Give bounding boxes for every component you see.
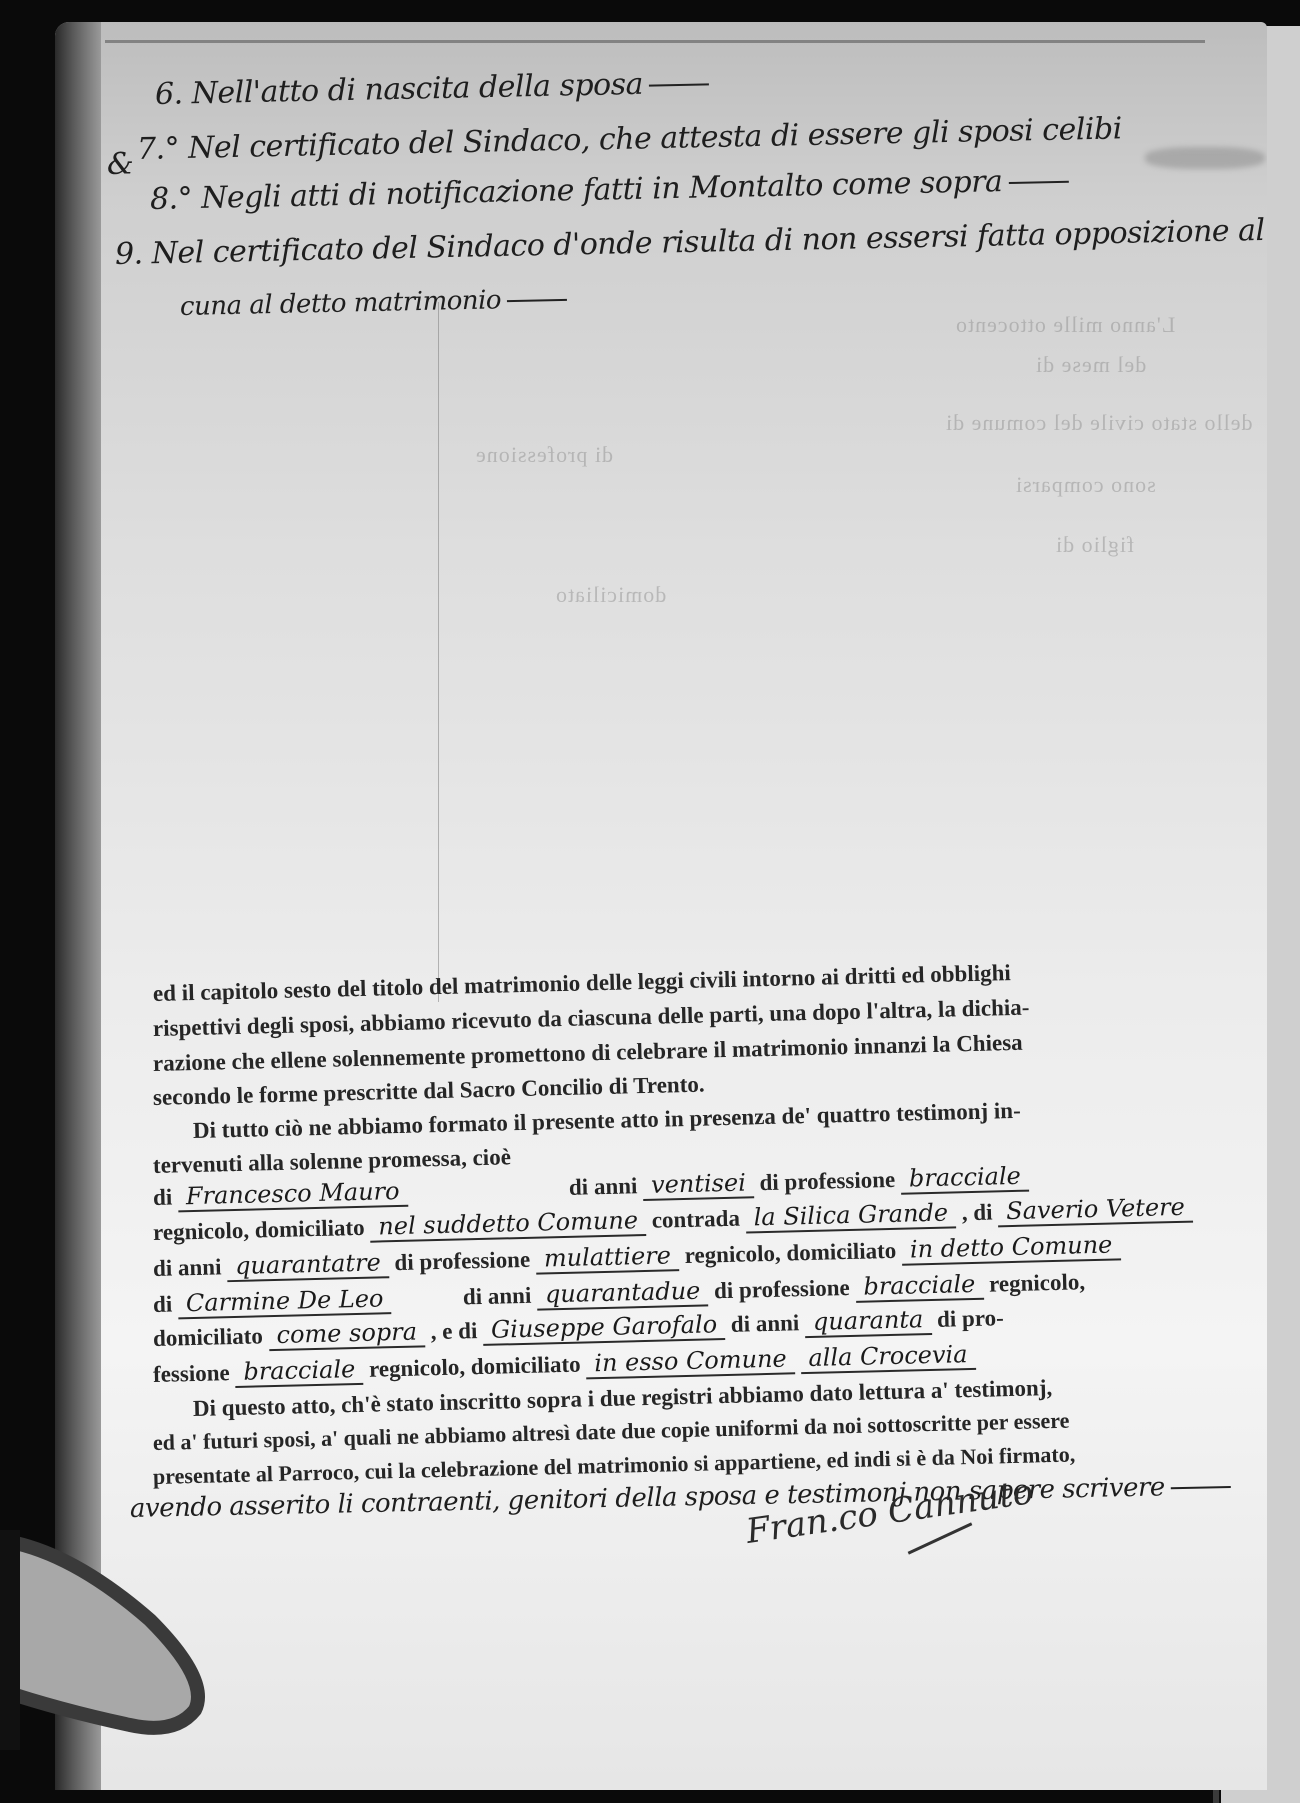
witness-domicile-field: in detto Comune xyxy=(902,1230,1121,1265)
bleed-through-text: del mese di xyxy=(1035,352,1146,378)
witness-name-field: Giuseppe Garofalo xyxy=(483,1310,726,1346)
fold-line xyxy=(438,302,439,1002)
margin-mark: & xyxy=(107,147,134,182)
handwritten-item-6: 6. Nell'atto di nascita della sposa xyxy=(155,65,716,112)
witness-name-field: Saverio Vetere xyxy=(998,1193,1193,1228)
top-border-rule xyxy=(105,40,1205,43)
witness-age-field: ventisei xyxy=(643,1168,754,1201)
handwritten-item-7: 7.° Nel certificato del Sindaco, che att… xyxy=(137,111,1122,167)
bleed-through-text: sono comparsi xyxy=(1015,472,1156,498)
witness-profession-field: bracciale xyxy=(855,1270,984,1303)
witness-name-field: Francesco Mauro xyxy=(178,1177,408,1213)
witness-profession-field: mulattiere xyxy=(536,1241,680,1274)
fill-dash xyxy=(1008,181,1068,184)
handwritten-item-9-continued: cuna al detto matrimonio xyxy=(180,284,574,322)
handwritten-item-9: 9. Nel certificato del Sindaco d'onde ri… xyxy=(115,213,1265,272)
witness-age-field: quarantatre xyxy=(227,1248,389,1282)
witness-profession-field: bracciale xyxy=(235,1355,364,1388)
handwritten-item-8: 8.° Negli atti di notificazione fatti in… xyxy=(150,163,1075,217)
witness-profession-field: bracciale xyxy=(901,1162,1030,1195)
document-page: L'anno mille ottocento del mese di dello… xyxy=(55,22,1267,1790)
witness-name-field: Carmine De Leo xyxy=(178,1284,392,1319)
bleed-through-text: L'anno mille ottocento xyxy=(955,312,1175,338)
bleed-through-text: figlio di xyxy=(1055,532,1134,558)
bleed-through-text: di professione xyxy=(475,442,613,468)
witness-age-field: quaranta xyxy=(805,1305,932,1338)
fill-dash xyxy=(649,83,709,86)
witness-domicile-field: come sopra xyxy=(268,1317,425,1351)
bleed-through-text: dello stato civile del comune di xyxy=(945,410,1253,436)
witness-place-field: la Silica Grande xyxy=(745,1198,956,1233)
thumb-shape xyxy=(0,1530,215,1750)
witness-domicile-field: nel suddetto Comune xyxy=(370,1206,646,1243)
witness-age-field: quarantadue xyxy=(537,1276,709,1310)
fill-dash xyxy=(1171,1486,1231,1489)
witness-domicile-field: in esso Comune xyxy=(586,1344,795,1379)
page-edge-shadow xyxy=(55,22,101,1790)
fill-dash xyxy=(507,299,567,302)
witness-place-field: alla Crocevia xyxy=(800,1340,976,1374)
bleed-through-text: domiciliato xyxy=(555,582,666,608)
ink-smudge xyxy=(1145,147,1265,169)
